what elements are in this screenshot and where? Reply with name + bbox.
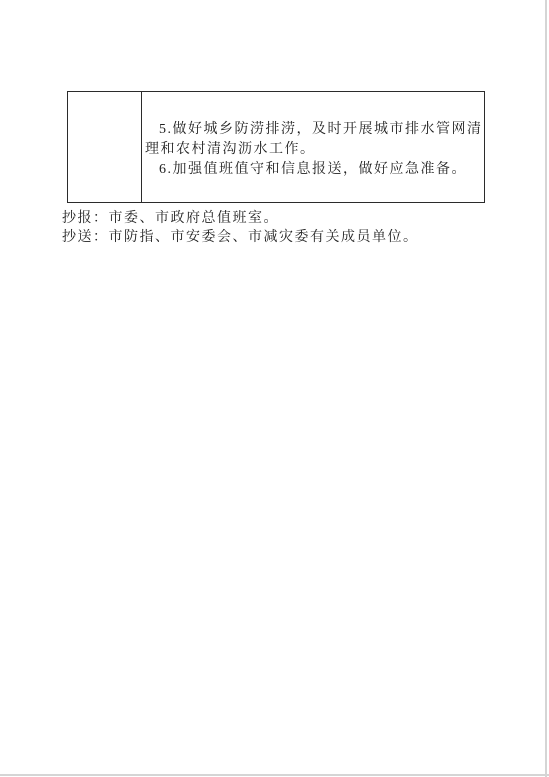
table-empty-cell: [68, 92, 142, 202]
table-text-line: 5.做好城乡防涝排涝，及时开展城市排水管网清: [145, 120, 484, 140]
table-text-line: 理和农村清沟沥水工作。: [145, 140, 484, 160]
copy-send-line: 抄送：市防指、市安委会、市减灾委有关成员单位。: [62, 229, 419, 248]
table-text-line: 6.加强值班值守和信息报送，做好应急准备。: [145, 160, 484, 180]
page-right-edge: [545, 0, 547, 777]
page-bottom-edge: [0, 774, 549, 776]
document-page: 5.做好城乡防涝排涝，及时开展城市排水管网清 理和农村清沟沥水工作。 6.加强值…: [0, 0, 549, 777]
copy-report-line: 抄报：市委、市政府总值班室。: [62, 210, 419, 229]
table-content-cell: 5.做好城乡防涝排涝，及时开展城市排水管网清 理和农村清沟沥水工作。 6.加强值…: [142, 92, 484, 202]
content-table: 5.做好城乡防涝排涝，及时开展城市排水管网清 理和农村清沟沥水工作。 6.加强值…: [67, 91, 485, 203]
distribution-notes: 抄报：市委、市政府总值班室。 抄送：市防指、市安委会、市减灾委有关成员单位。: [62, 210, 419, 247]
